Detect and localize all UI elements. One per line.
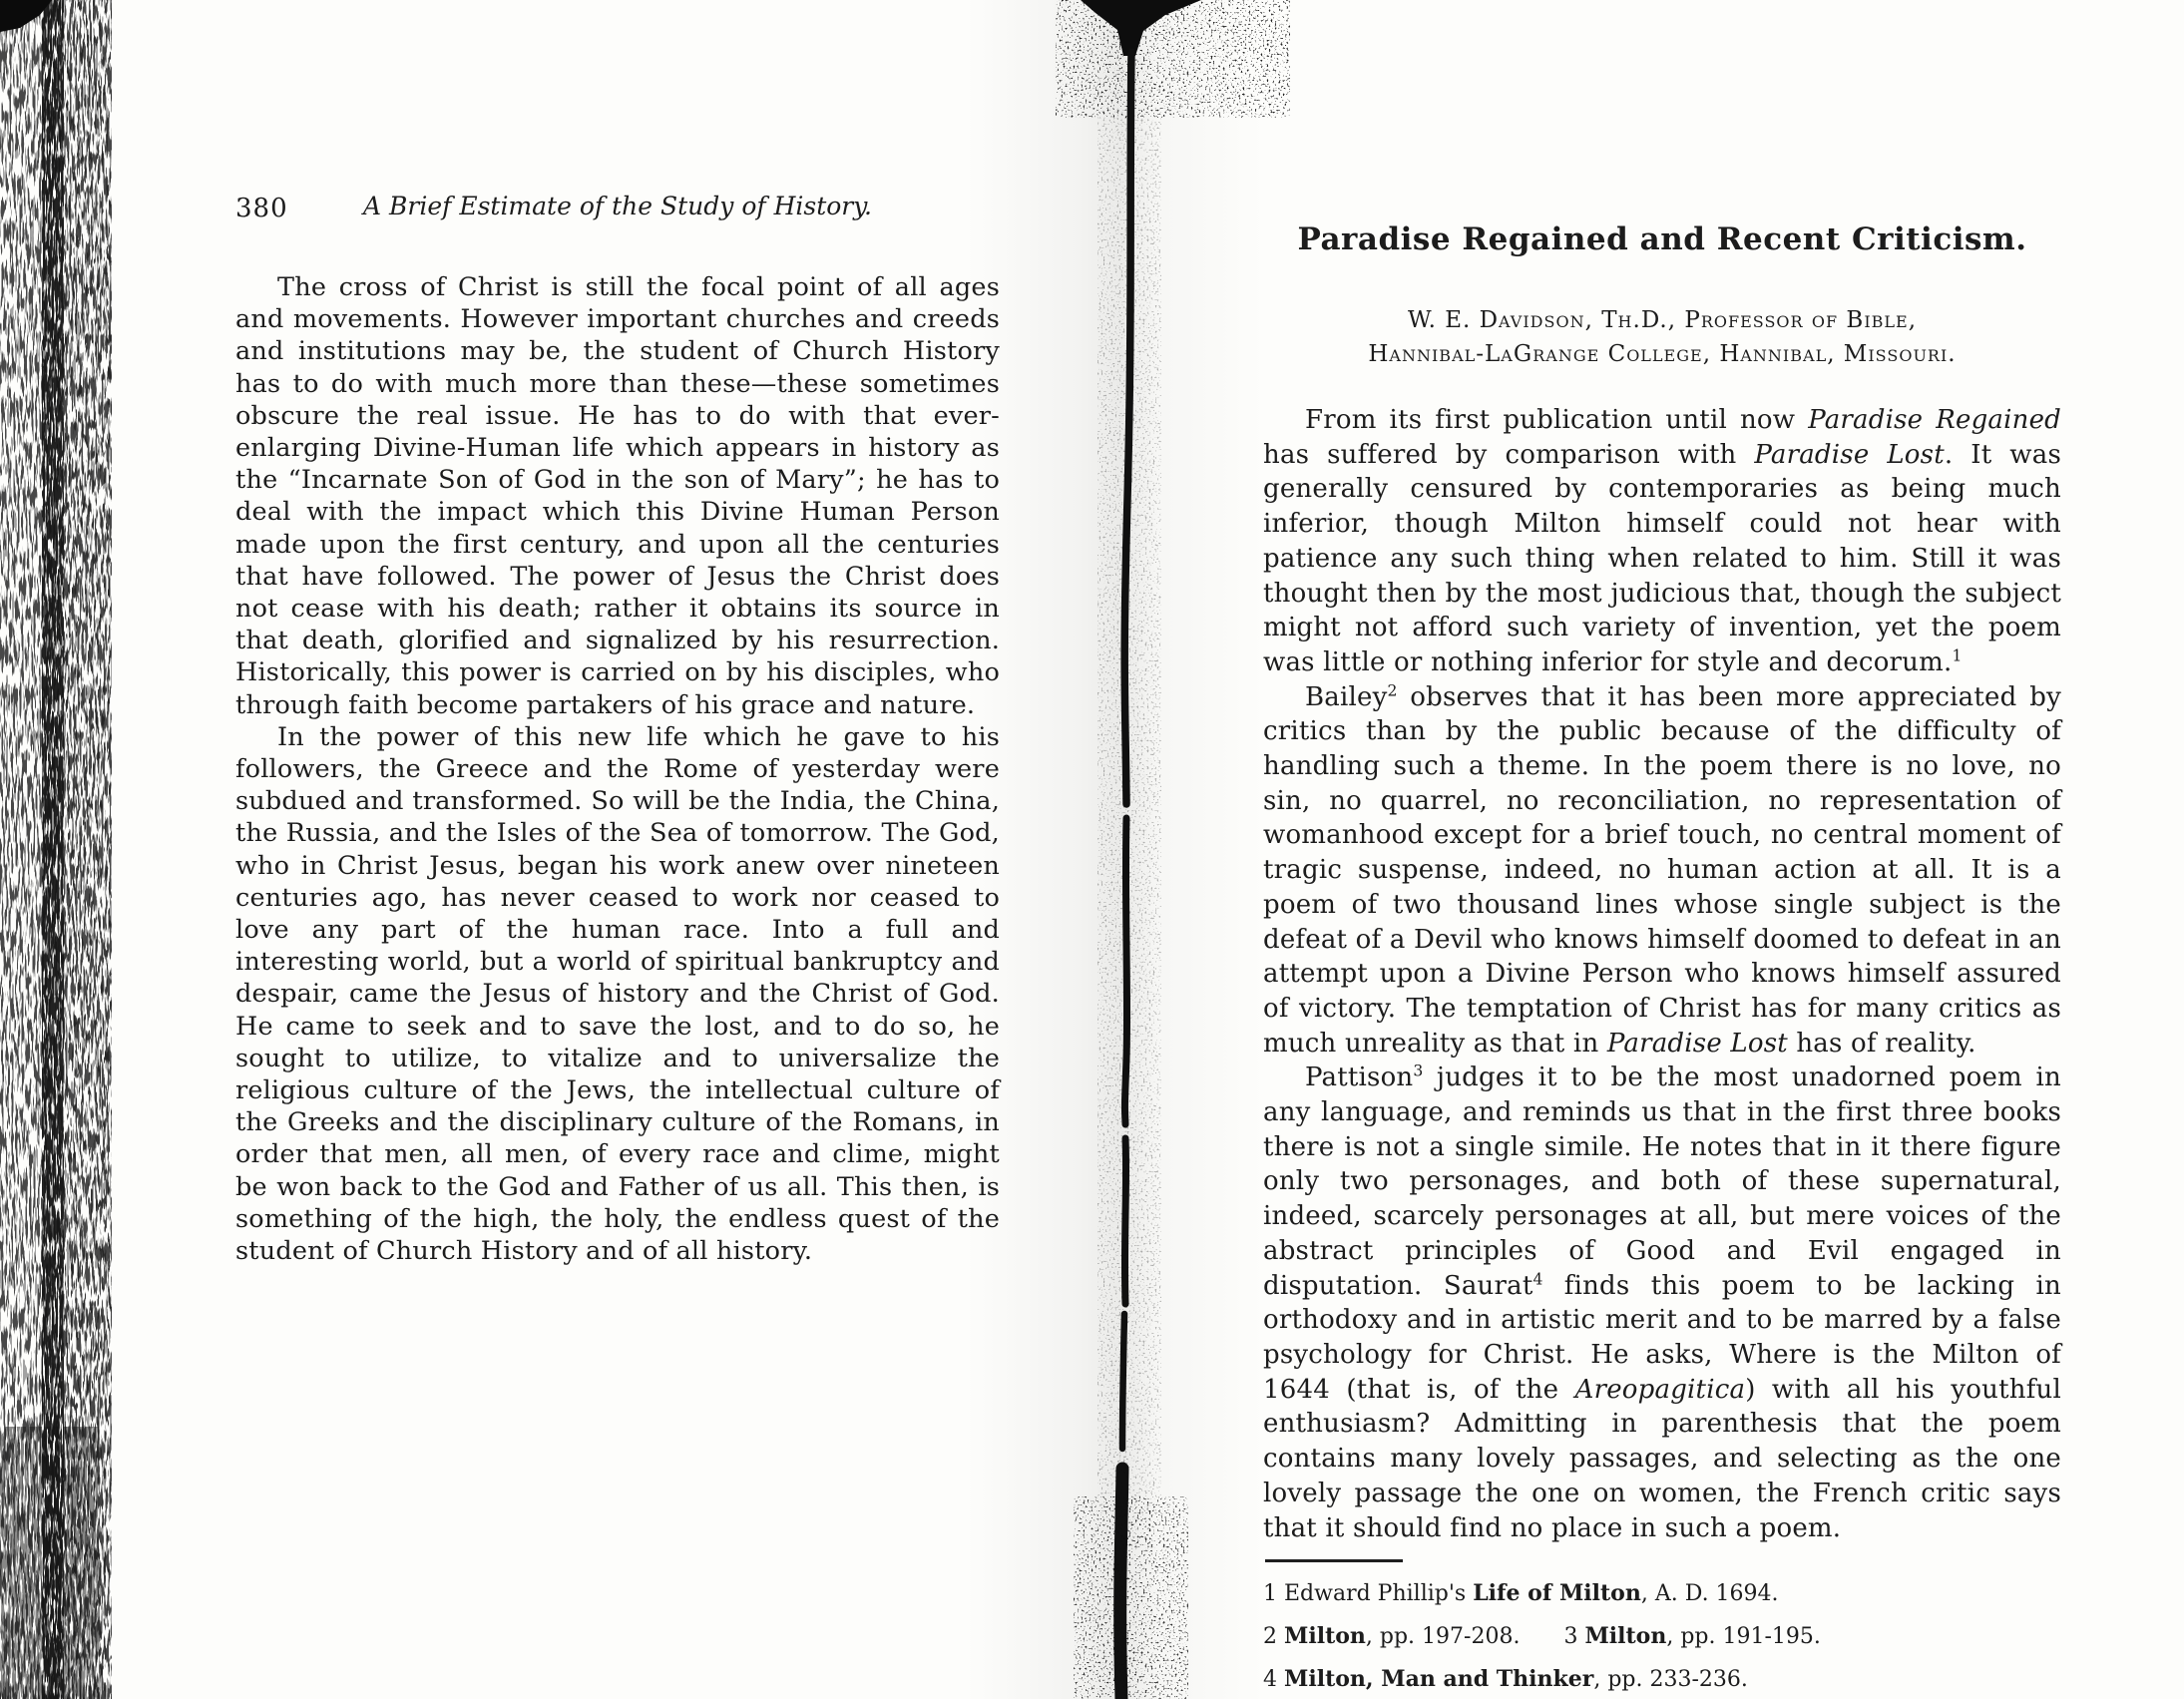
article-title: Paradise Regained and Recent Criticism. <box>1263 219 2061 259</box>
footnote: 4 Milton, Man and Thinker, pp. 233-236. <box>1263 1658 2061 1699</box>
left-page: 380 A Brief Estimate of the Study of His… <box>235 192 1000 1267</box>
byline: W. E. Davidson, Th.D., Professor of Bibl… <box>1263 303 2061 371</box>
top-left-corner-blot <box>0 0 52 32</box>
byline-affiliation: Hannibal-LaGrange College, Hannibal, Mis… <box>1263 337 2061 371</box>
right-page: Paradise Regained and Recent Criticism. … <box>1263 219 2061 1699</box>
page-number: 380 <box>235 194 288 223</box>
footnote-rule <box>1265 1559 1403 1562</box>
right-page-body: From its first publication until now Par… <box>1263 403 2061 1545</box>
footnotes: 1 Edward Phillip's Life of Milton, A. D.… <box>1263 1559 2061 1699</box>
paragraph: From its first publication until now Par… <box>1263 403 2061 680</box>
running-title: A Brief Estimate of the Study of History… <box>235 192 1000 220</box>
paragraph: Bailey2 observes that it has been more a… <box>1263 680 2061 1062</box>
paragraph: Pattison3 judges it to be the most unado… <box>1263 1061 2061 1545</box>
left-page-header: 380 A Brief Estimate of the Study of His… <box>235 192 1000 227</box>
paragraph: In the power of this new life which he g… <box>235 721 1000 1267</box>
left-page-body: The cross of Christ is still the focal p… <box>235 271 1000 1267</box>
footnote: 1 Edward Phillip's Life of Milton, A. D.… <box>1263 1572 2061 1615</box>
paragraph: The cross of Christ is still the focal p… <box>235 271 1000 721</box>
left-edge-noise-band <box>0 0 112 1699</box>
footnote: 2 Milton, pp. 197-208. 3 Milton, pp. 191… <box>1263 1615 2061 1658</box>
gutter-shadow <box>966 0 1265 1699</box>
byline-author: W. E. Davidson, Th.D., Professor of Bibl… <box>1263 303 2061 337</box>
